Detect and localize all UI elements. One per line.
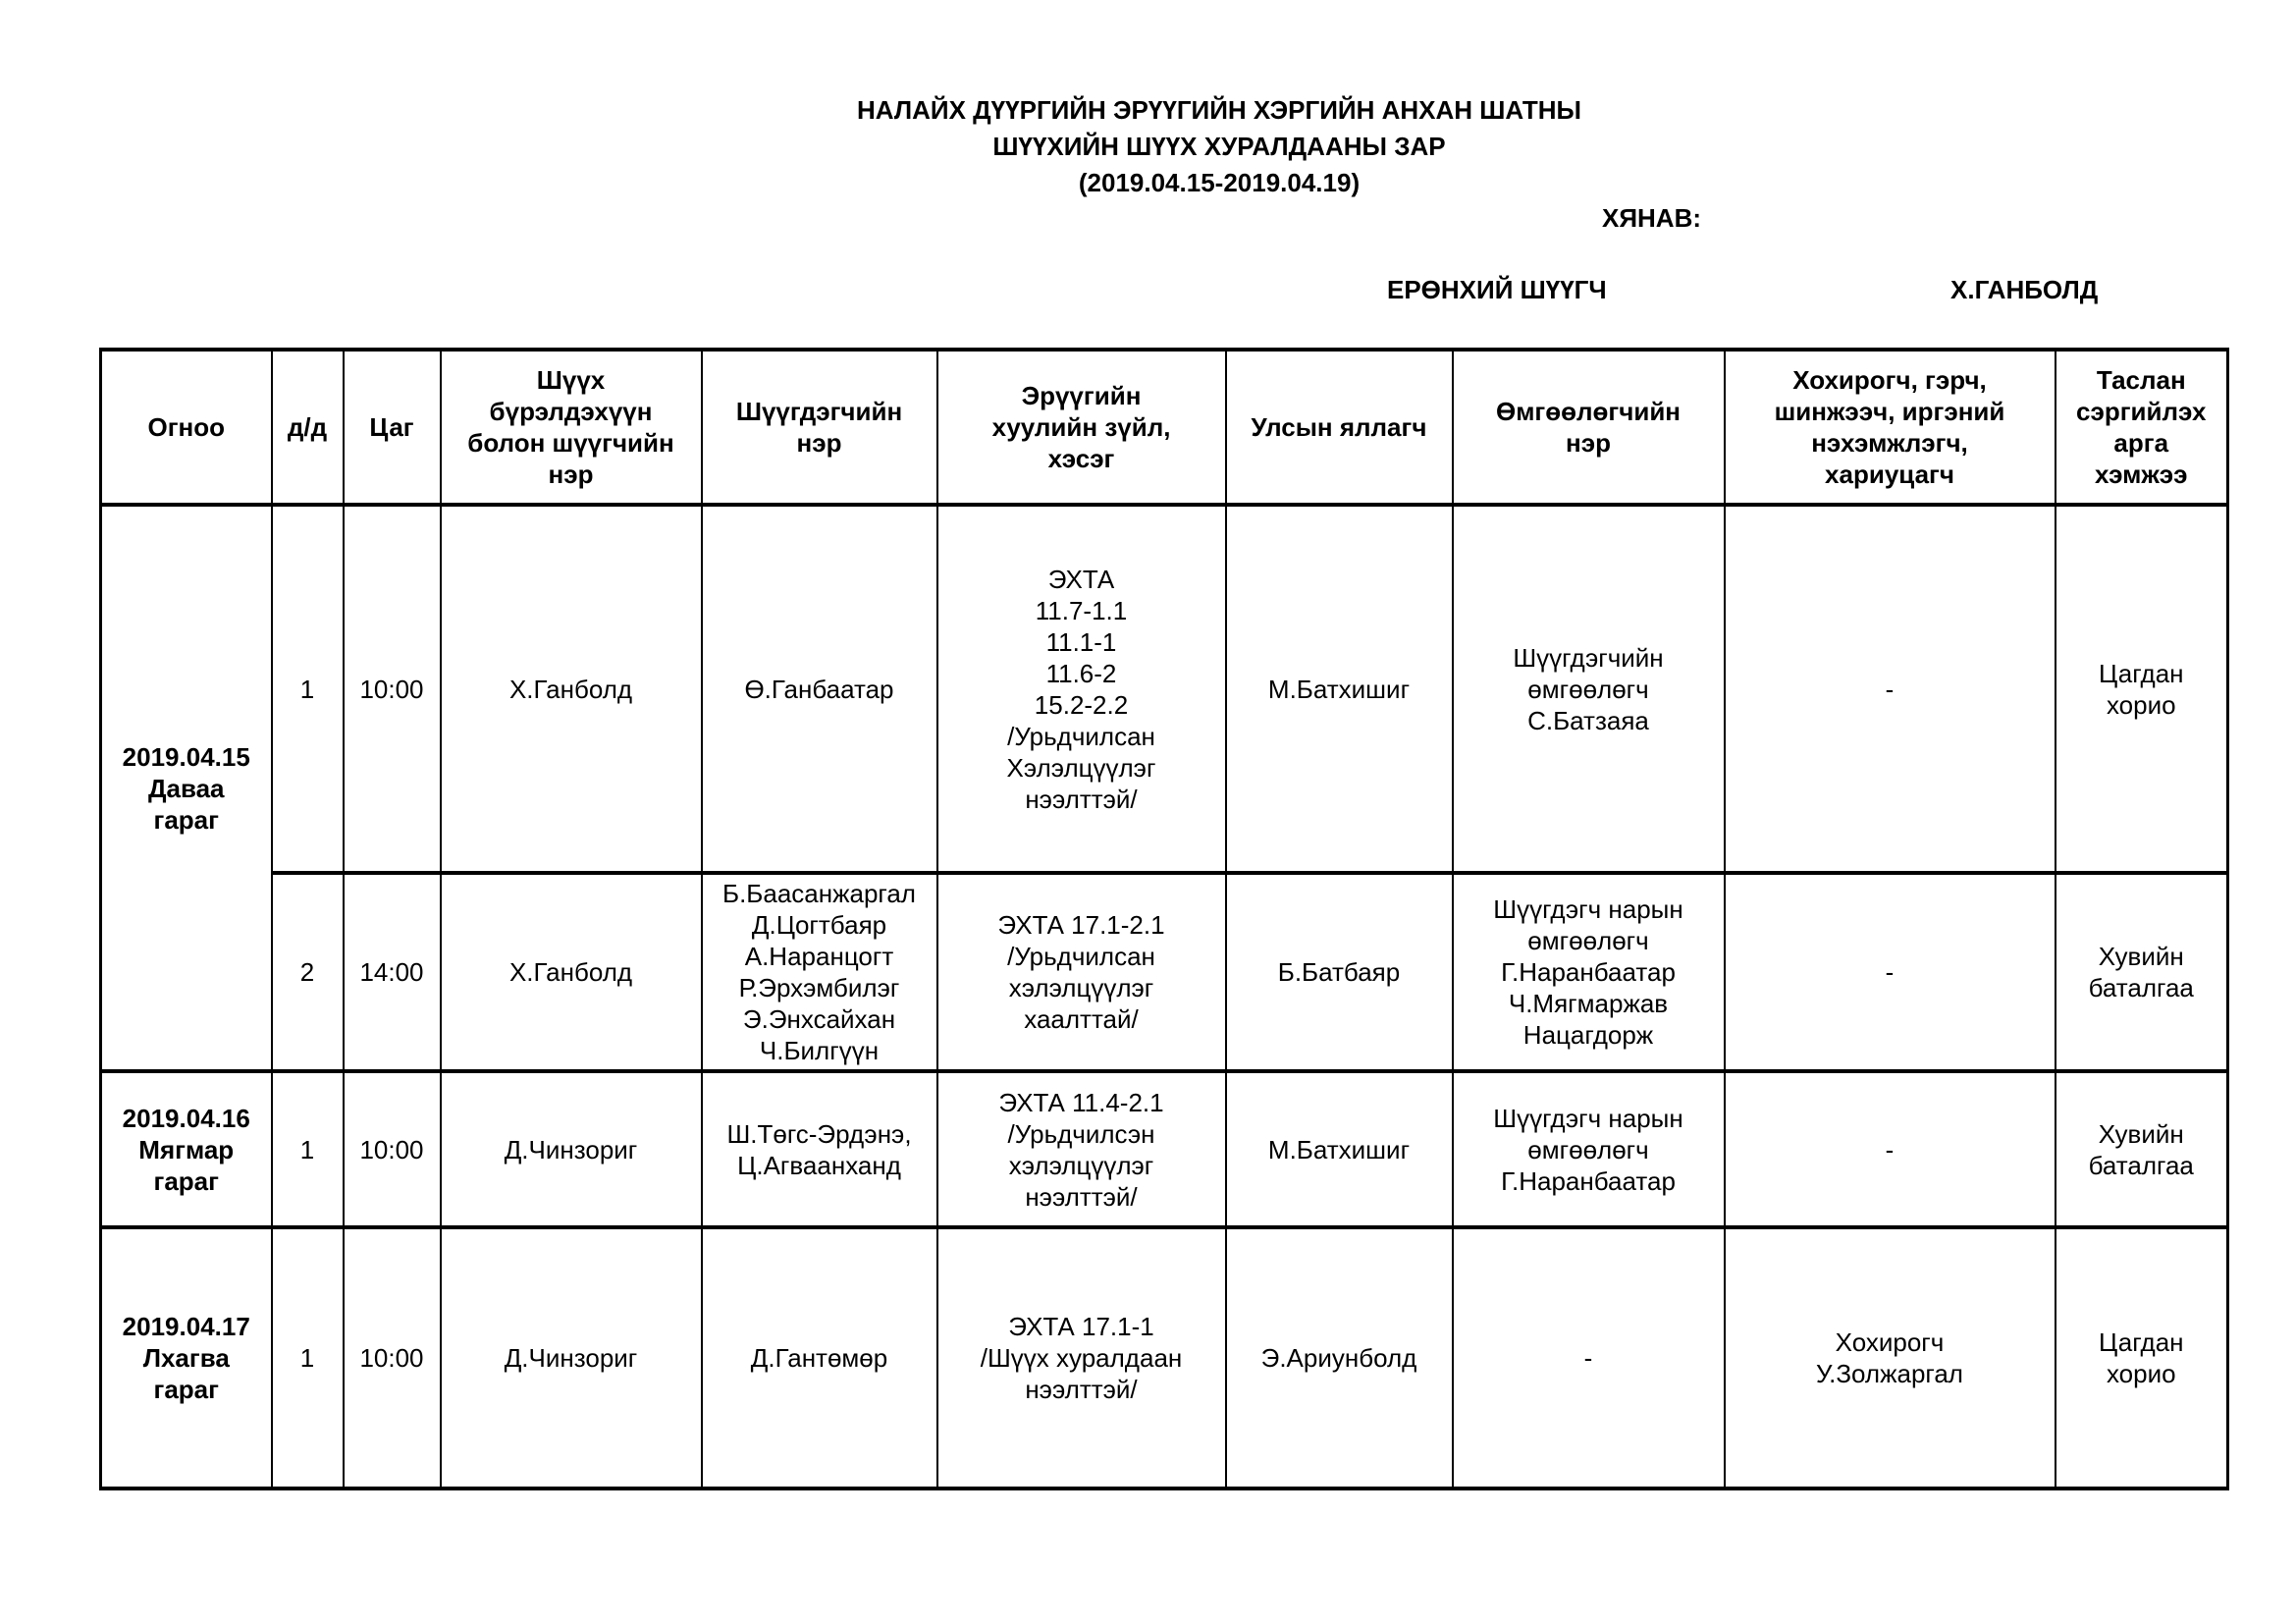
measure-cell: Хувийн баталгаа <box>2056 1071 2228 1227</box>
hearing-schedule-table: Огноо д/д Цаг Шүүх бүрэлдэхүүн болон шүү… <box>99 348 2229 1490</box>
law-cell: ЭХТА 11.7-1.1 11.1-1 11.6-2 15.2-2.2 /Ур… <box>937 505 1226 873</box>
time-cell: 10:00 <box>344 1071 441 1227</box>
judge-cell: Д.Чинзориг <box>441 1071 702 1227</box>
measure-cell: Цагдан хорио <box>2056 505 2228 873</box>
date-cell: 2019.04.15 Даваа гараг <box>101 505 272 1071</box>
date-cell: 2019.04.17 Лхагва гараг <box>101 1227 272 1489</box>
parties-cell: - <box>1725 1071 2056 1227</box>
judge-cell: Д.Чинзориг <box>441 1227 702 1489</box>
chief-judge-name: Х.ГАНБОЛД <box>1950 275 2098 305</box>
time-cell: 14:00 <box>344 873 441 1071</box>
parties-cell: - <box>1725 505 2056 873</box>
table-row: 2 14:00 Х.Ганболд Б.Баасанжаргал Д.Цогтб… <box>101 873 2228 1071</box>
parties-cell: Хохирогч У.Золжаргал <box>1725 1227 2056 1489</box>
col-header-prosecutor: Улсын яллагч <box>1226 350 1453 505</box>
col-header-parties: Хохирогч, гэрч, шинжээч, иргэний нэхэмжл… <box>1725 350 2056 505</box>
col-header-measure: Таслан сэргийлэх арга хэмжээ <box>2056 350 2228 505</box>
title-line-2: ШҮҮХИЙН ШҮҮХ ХУРАЛДААНЫ ЗАР <box>728 129 1710 165</box>
col-header-date: Огноо <box>101 350 272 505</box>
prosecutor-cell: Э.Ариунболд <box>1226 1227 1453 1489</box>
defendant-cell: Б.Баасанжаргал Д.Цогтбаяр А.Наранцогт Р.… <box>702 873 937 1071</box>
prosecutor-cell: М.Батхишиг <box>1226 505 1453 873</box>
chief-judge-title: ЕРӨНХИЙ ШҮҮГЧ <box>1387 275 1607 305</box>
approve-label: ХЯНАВ: <box>1602 203 1701 234</box>
col-header-number: д/д <box>272 350 344 505</box>
title-line-1: НАЛАЙХ ДҮҮРГИЙН ЭРҮҮГИЙН ХЭРГИЙН АНХАН Ш… <box>728 92 1710 129</box>
time-cell: 10:00 <box>344 1227 441 1489</box>
table-row: 2019.04.17 Лхагва гараг 1 10:00 Д.Чинзор… <box>101 1227 2228 1489</box>
table-header-row: Огноо д/д Цаг Шүүх бүрэлдэхүүн болон шүү… <box>101 350 2228 505</box>
col-header-law: Эрүүгийн хуулийн зүйл, хэсэг <box>937 350 1226 505</box>
col-header-lawyer: Өмгөөлөгчийн нэр <box>1453 350 1725 505</box>
prosecutor-cell: М.Батхишиг <box>1226 1071 1453 1227</box>
defendant-cell: Ш.Төгс-Эрдэнэ, Ц.Агваанханд <box>702 1071 937 1227</box>
col-header-time: Цаг <box>344 350 441 505</box>
lawyer-cell: Шүүгдэгч нарын өмгөөлөгч Г.Наранбаатар <box>1453 1071 1725 1227</box>
col-header-defendant: Шүүгдэгчийн нэр <box>702 350 937 505</box>
time-cell: 10:00 <box>344 505 441 873</box>
table-row: 2019.04.16 Мягмар гараг 1 10:00 Д.Чинзор… <box>101 1071 2228 1227</box>
measure-cell: Хувийн баталгаа <box>2056 873 2228 1071</box>
row-number: 1 <box>272 1227 344 1489</box>
row-number: 1 <box>272 505 344 873</box>
judge-cell: Х.Ганболд <box>441 505 702 873</box>
defendant-cell: Д.Гантөмөр <box>702 1227 937 1489</box>
lawyer-cell: Шүүгдэгчийн өмгөөлөгч С.Батзаяа <box>1453 505 1725 873</box>
col-header-judge: Шүүх бүрэлдэхүүн болон шүүгчийн нэр <box>441 350 702 505</box>
law-cell: ЭХТА 11.4-2.1 /Урьдчилсэн хэлэлцүүлэг нэ… <box>937 1071 1226 1227</box>
defendant-cell: Ө.Ганбаатар <box>702 505 937 873</box>
law-cell: ЭХТА 17.1-2.1 /Урьдчилсан хэлэлцүүлэг ха… <box>937 873 1226 1071</box>
lawyer-cell: Шүүгдэгч нарын өмгөөлөгч Г.Наранбаатар Ч… <box>1453 873 1725 1071</box>
table-row: 2019.04.15 Даваа гараг 1 10:00 Х.Ганболд… <box>101 505 2228 873</box>
period: (2019.04.15-2019.04.19) <box>728 165 1710 201</box>
document-title-block: НАЛАЙХ ДҮҮРГИЙН ЭРҮҮГИЙН ХЭРГИЙН АНХАН Ш… <box>728 92 1710 201</box>
measure-cell: Цагдан хорио <box>2056 1227 2228 1489</box>
lawyer-cell: - <box>1453 1227 1725 1489</box>
prosecutor-cell: Б.Батбаяр <box>1226 873 1453 1071</box>
law-cell: ЭХТА 17.1-1 /Шүүх хуралдаан нээлттэй/ <box>937 1227 1226 1489</box>
judge-cell: Х.Ганболд <box>441 873 702 1071</box>
parties-cell: - <box>1725 873 2056 1071</box>
date-cell: 2019.04.16 Мягмар гараг <box>101 1071 272 1227</box>
row-number: 2 <box>272 873 344 1071</box>
row-number: 1 <box>272 1071 344 1227</box>
